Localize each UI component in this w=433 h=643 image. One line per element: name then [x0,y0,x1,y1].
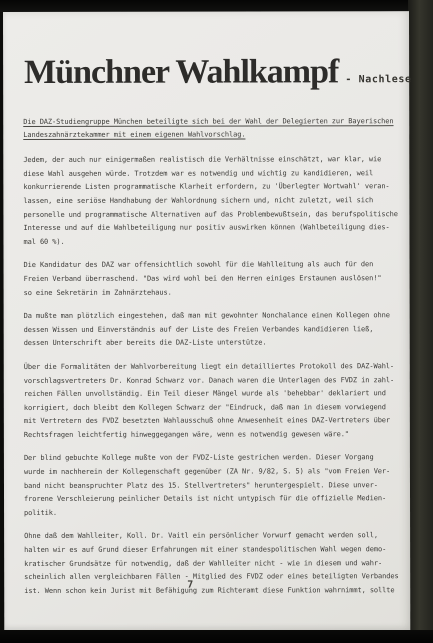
article-paragraph-6: Ohne daß dem Wahlleiter, Koll. Dr. Vaitl… [24,530,408,599]
article-paragraph-4: Über die Formalitäten der Wahlvorbereitu… [24,360,408,442]
scan-border-bottom [0,630,433,643]
article-lede: Die DAZ-Studiengruppe München beteiligte… [23,115,407,141]
article-title: Münchner Wahlkampf [24,55,338,90]
scanned-page-photo: Münchner Wahlkampf - Nachlese Die DAZ-St… [0,0,433,643]
book-spine-shadow [408,0,433,643]
article-body: Die DAZ-Studiengruppe München beteiligte… [23,107,408,608]
page-number: 7 [187,580,194,591]
article-header: Münchner Wahlkampf - Nachlese [24,55,412,90]
scan-border-top [0,0,433,12]
article-subtitle: - Nachlese [345,74,411,85]
article-paragraph-2: Die Kandidatur des DAZ war offensichtlic… [24,258,408,300]
article-paragraph-5: Der blind gebuchte Kollege mußte von der… [24,452,408,521]
document-page: Münchner Wahlkampf - Nachlese Die DAZ-St… [3,11,410,631]
article-paragraph-1: Jedem, der auch nur einigermaßen realist… [23,153,407,249]
article-paragraph-3: Da mußte man plötzlich eingestehen, daß … [24,309,408,351]
